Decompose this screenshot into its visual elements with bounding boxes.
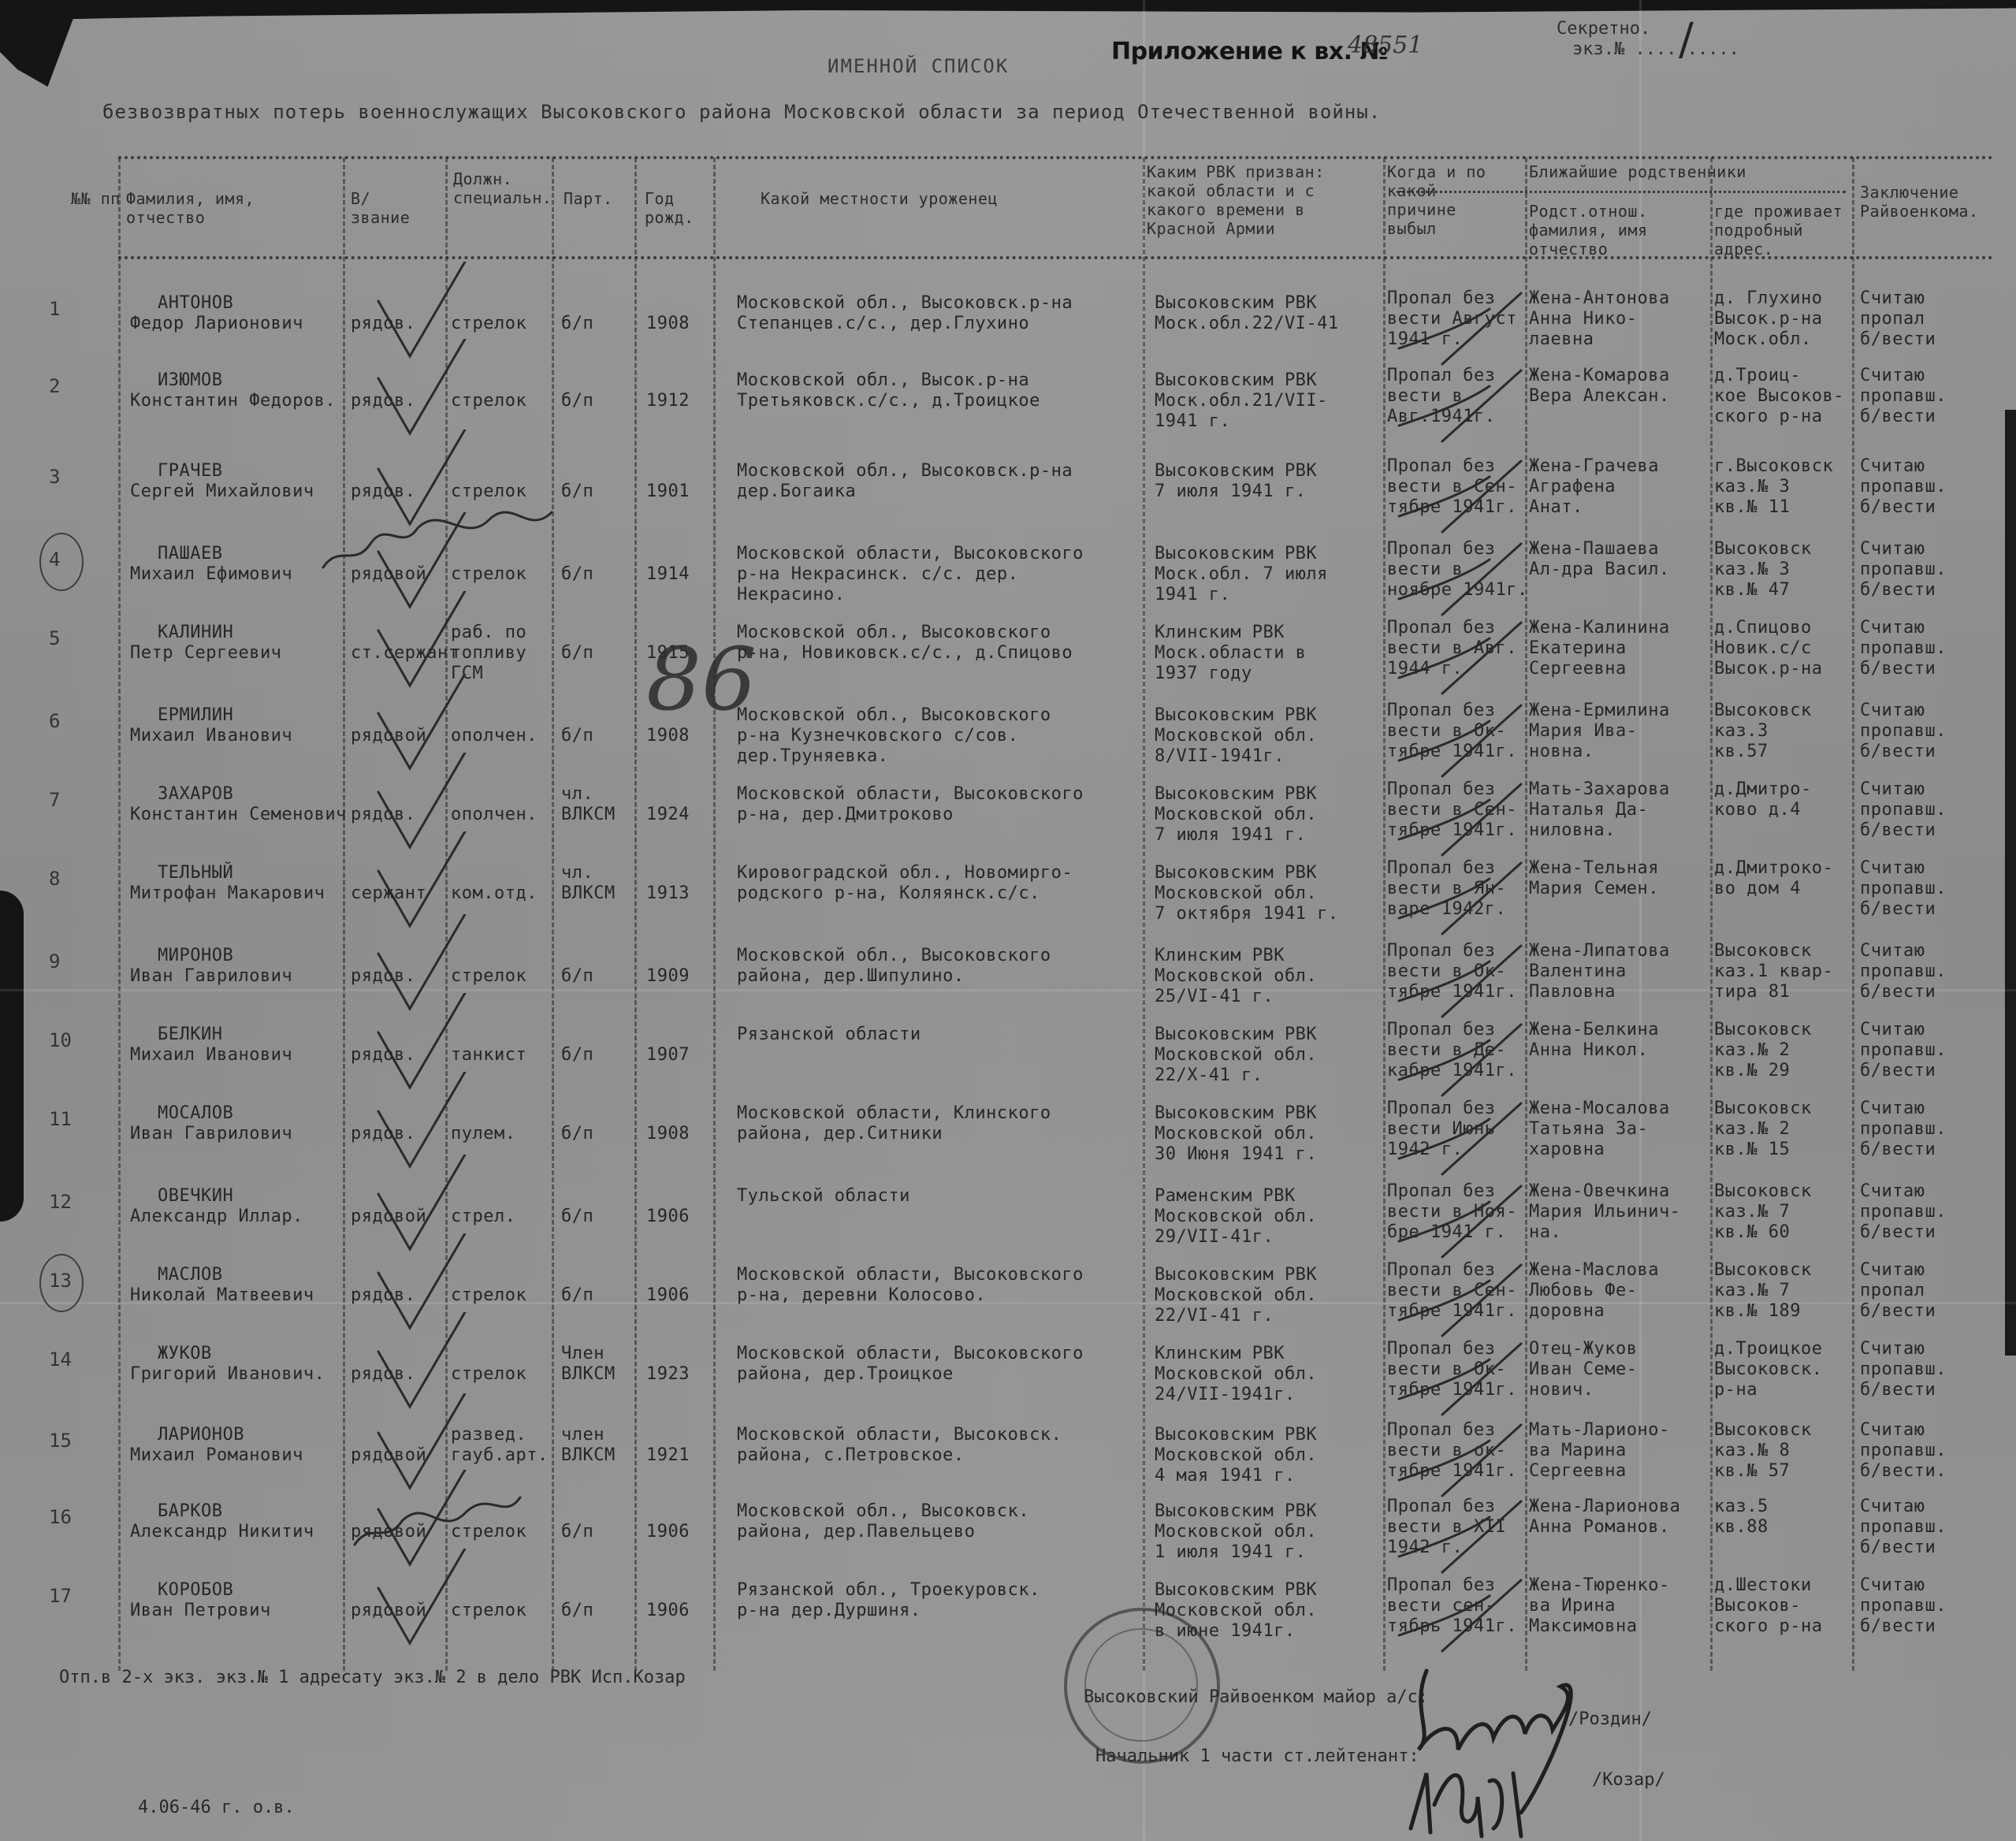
commissar-title: Высоковский Райвоенком майор а/с: (1084, 1687, 1428, 1709)
document-date: 4.06-46 г. о.в. (138, 1797, 295, 1819)
handwritten-86: 86 (646, 629, 757, 730)
chief-title: Начальник 1 части ст.лейтенант: (1095, 1746, 1419, 1768)
official-stamp (1064, 1608, 1220, 1764)
copies-note: Отп.в 2-х экз. экз.№ 1 адресату экз.№ 2 … (59, 1667, 686, 1689)
handwritten-marks: 86 (0, 0, 2016, 1841)
signature-kozar (1403, 1757, 1560, 1841)
chief-name: /Козар/ (1592, 1769, 1665, 1791)
document-page: Приложение к вх. № 48551 Секретно. экз.№… (0, 0, 2016, 1841)
